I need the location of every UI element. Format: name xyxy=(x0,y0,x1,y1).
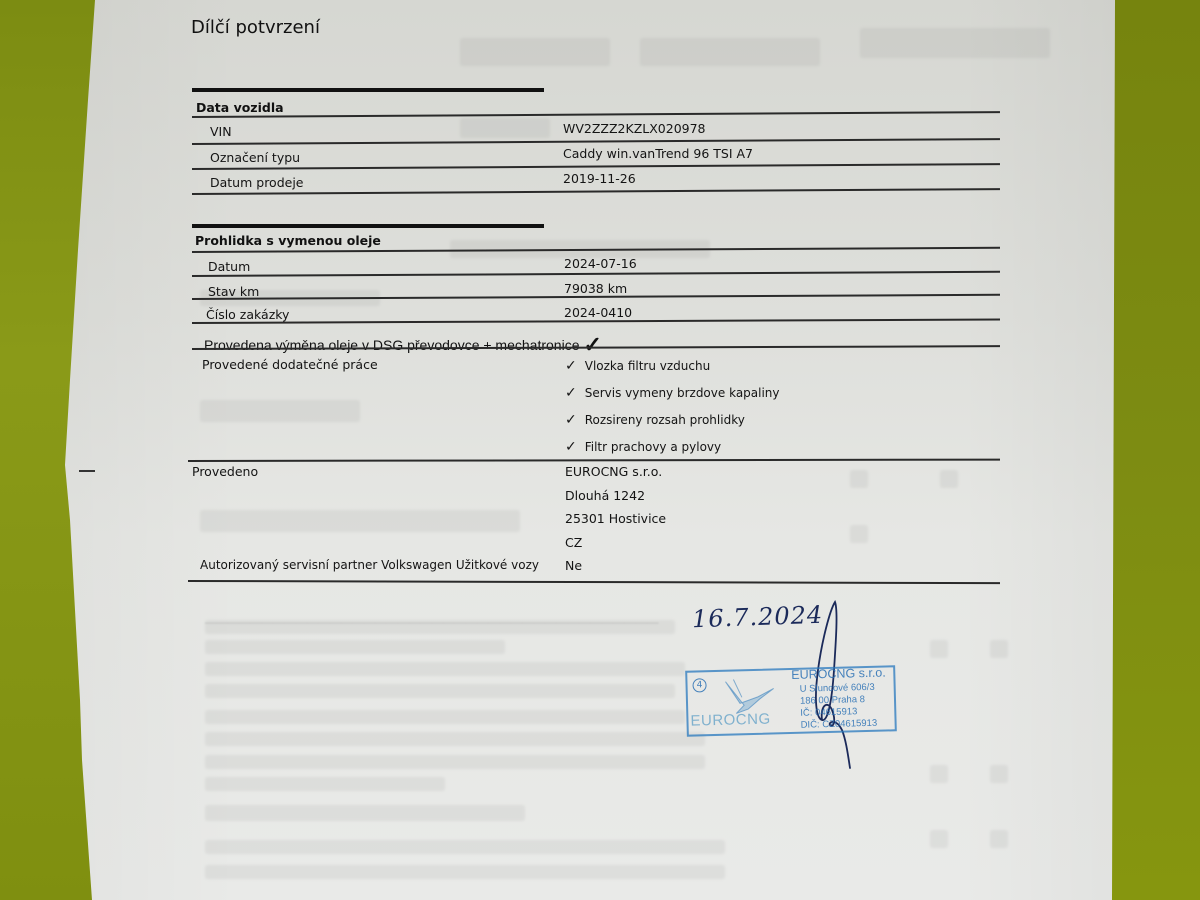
dsg-oil-change-note: Provedena výměna oleje v DSG převodovce … xyxy=(204,330,602,356)
additional-work-item: ✓Servis vymeny brzdove kapaliny xyxy=(565,385,780,401)
country: CZ xyxy=(565,535,582,550)
vin-label: VIN xyxy=(210,124,232,139)
stamp-dic: DIČ: CZ04615913 xyxy=(800,718,877,731)
stamp-logo-text: EUROCNG xyxy=(690,711,771,730)
checkmark-icon: ✓ xyxy=(565,358,577,374)
additional-work-item: ✓Filtr prachovy a pylovy xyxy=(565,439,721,455)
street: Dlouhá 1242 xyxy=(565,488,645,503)
authorized-partner-value: Ne xyxy=(565,558,582,573)
stamp-company: EUROCNG s.r.o. xyxy=(791,666,886,682)
inspection-date-label: Datum xyxy=(208,259,250,274)
additional-work-item: ✓Rozsireny rozsah prohlidky xyxy=(565,412,745,428)
city: 25301 Hostivice xyxy=(565,511,666,526)
vin-value: WV2ZZZ2KZLX020978 xyxy=(563,121,706,136)
checkmark-icon: ✓ xyxy=(565,385,577,401)
sale-date-label: Datum prodeje xyxy=(210,175,304,190)
authorized-partner-label: Autorizovaný servisní partner Volkswagen… xyxy=(200,558,539,572)
row-rule xyxy=(192,138,1000,145)
company-stamp: 4 EUROCNG EUROCNG s.r.o. U Sluncové 606/… xyxy=(685,665,897,736)
vehicle-section-heading: Data vozidla xyxy=(196,100,284,115)
additional-work-item: ✓Vlozka filtru vzduchu xyxy=(565,358,710,374)
stamp-city: 186 00 Praha 8 xyxy=(800,694,865,707)
checkmark-icon: ✓ xyxy=(583,332,601,357)
row-rule xyxy=(192,271,1000,277)
type-value: Caddy win.vanTrend 96 TSI A7 xyxy=(563,146,753,161)
section-divider xyxy=(192,88,544,92)
partial-confirmation-document: Dílčí potvrzení Data vozidla VIN WV2ZZZ2… xyxy=(0,0,1200,900)
document-title: Dílčí potvrzení xyxy=(191,17,320,38)
additional-work-label: Provedené dodatečné práce xyxy=(202,357,378,372)
checkmark-icon: ✓ xyxy=(565,439,577,455)
company-name: EUROCNG s.r.o. xyxy=(565,464,662,479)
mileage-value: 79038 km xyxy=(564,281,627,296)
dsg-note-text: Provedena výměna oleje v DSG převodovce … xyxy=(204,337,579,353)
inspection-section-heading: Prohlidka s vymenou oleje xyxy=(195,233,381,248)
performed-by-label: Provedeno xyxy=(192,464,258,479)
row-rule xyxy=(192,188,1000,195)
row-rule xyxy=(192,111,1000,118)
inspection-date-value: 2024-07-16 xyxy=(564,256,637,271)
order-number-label: Číslo zakázky xyxy=(206,307,289,322)
stamp-ico: IČ: 04615913 xyxy=(800,706,857,718)
order-number-value: 2024-0410 xyxy=(564,305,632,320)
row-rule xyxy=(188,459,1000,462)
stamp-number: 4 xyxy=(692,678,706,692)
type-label: Označení typu xyxy=(210,150,300,165)
stamp-street: U Sluncové 606/3 xyxy=(800,682,875,695)
row-rule xyxy=(188,580,1000,584)
row-rule xyxy=(192,163,1000,170)
sale-date-value: 2019-11-26 xyxy=(563,171,636,186)
row-rule xyxy=(192,318,1000,323)
checkmark-icon: ✓ xyxy=(565,412,577,428)
section-divider xyxy=(192,224,544,228)
